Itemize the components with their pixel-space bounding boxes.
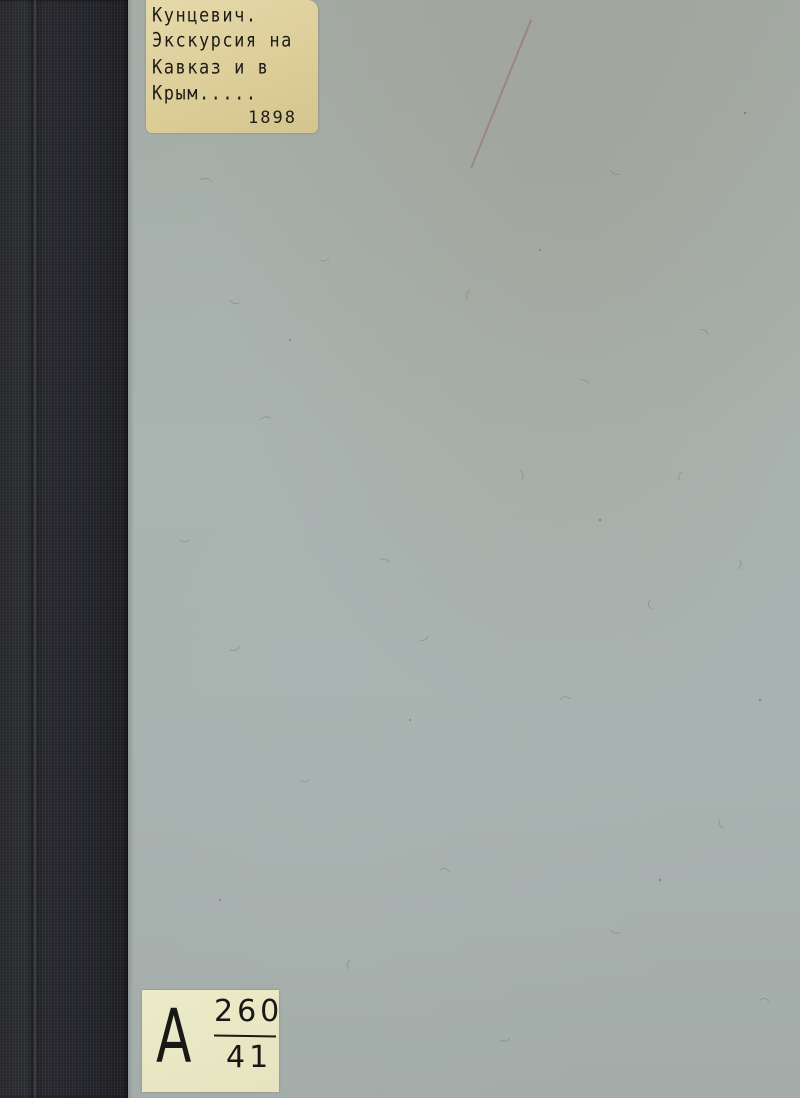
label-title-line-2: Кавказ и в (152, 56, 269, 79)
spine-crease (34, 0, 36, 1098)
shelf-mark-label: А 260 41 (142, 990, 279, 1092)
scratch-mark (470, 20, 532, 169)
shelf-mark-numerator: 260 (214, 994, 283, 1029)
label-year: 1898 (248, 108, 297, 128)
spine-edge (128, 0, 134, 1098)
shelf-mark-fraction-bar (214, 1034, 276, 1037)
label-author: Кунцевич. (152, 4, 258, 27)
title-label: Кунцевич. Экскурсия на Кавказ и в Крым..… (146, 0, 318, 133)
book-cover: Кунцевич. Экскурсия на Кавказ и в Крым..… (0, 0, 800, 1098)
shelf-mark-denominator: 41 (226, 1040, 272, 1075)
cloth-spine (0, 0, 128, 1098)
shelf-mark-letter: А (156, 1000, 191, 1074)
label-title-line-1: Экскурсия на (152, 29, 293, 52)
label-title-line-3: Крым..... (152, 82, 258, 105)
